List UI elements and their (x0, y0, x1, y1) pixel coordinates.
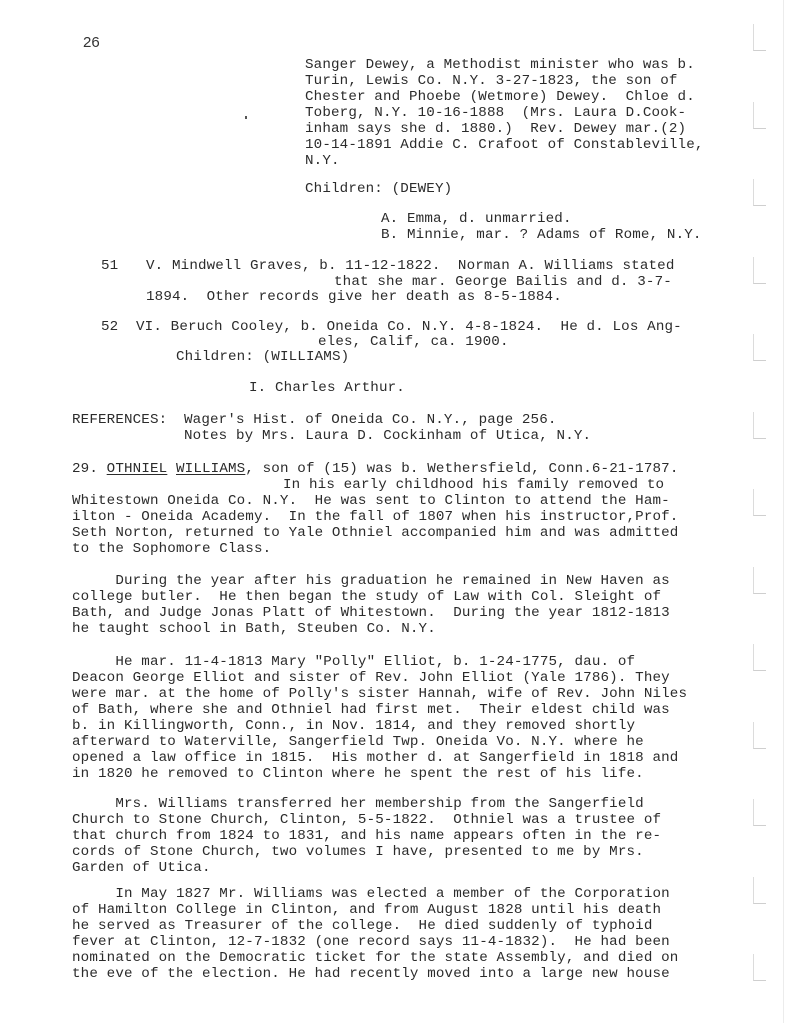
text-line: nominated on the Democratic ticket for t… (72, 951, 678, 966)
text-line: Seth Norton, returned to Yale Othniel ac… (72, 526, 678, 541)
document-page: 26 Sanger Dewey, a Methodist minister wh… (0, 0, 791, 1023)
margin-tick (753, 644, 766, 671)
children-heading: Children: (WILLIAMS) (176, 350, 349, 365)
margin-tick (753, 567, 766, 594)
margin-tick (753, 334, 766, 361)
text-line: Turin, Lewis Co. N.Y. 3-27-1823, the son… (305, 74, 678, 89)
text-line: were mar. at the home of Polly's sister … (72, 687, 687, 702)
entry-heading: 29. OTHNIEL WILLIAMS, son of (15) was b.… (72, 462, 679, 477)
entry-number: 51 (101, 259, 118, 274)
child-item: I. Charles Arthur. (249, 381, 405, 396)
margin-tick (753, 722, 766, 749)
text-line: the eve of the election. He had recently… (72, 967, 670, 982)
margin-tick (753, 179, 766, 206)
margin-tick (753, 412, 766, 439)
text-line: Deacon George Elliot and sister of Rev. … (72, 671, 670, 686)
text-line: he served as Treasurer of the college. H… (72, 919, 652, 934)
text-line: Garden of Utica. (72, 861, 211, 876)
text-line: N.Y. (305, 154, 340, 169)
entry-number: 52 (101, 320, 118, 335)
text-line: in 1820 he removed to Clinton where he s… (72, 767, 644, 782)
text-line: In May 1827 Mr. Williams was elected a m… (72, 887, 670, 902)
text-line: opened a law office in 1815. His mother … (72, 751, 678, 766)
entry-number: 29. (72, 461, 98, 477)
text-line: that church from 1824 to 1831, and his n… (72, 829, 661, 844)
margin-tick (753, 257, 766, 284)
text-line: Bath, and Judge Jonas Platt of Whitestow… (72, 606, 670, 621)
ink-speck (245, 116, 247, 119)
text-line: Toberg, N.Y. 10-16-1888 (Mrs. Laura D.Co… (305, 106, 686, 121)
text-line: In his early childhood his family remove… (283, 478, 664, 493)
text-line: eles, Calif, ca. 1900. (318, 335, 509, 350)
text-line: Sanger Dewey, a Methodist minister who w… (305, 58, 695, 73)
text-line: He mar. 11-4-1813 Mary "Polly" Elliot, b… (72, 655, 635, 670)
name-first: OTHNIEL (107, 461, 168, 477)
text-line: 1894. Other records give her death as 8-… (146, 290, 562, 305)
text-line: Church to Stone Church, Clinton, 5-5-182… (72, 813, 661, 828)
child-item: B. Minnie, mar. ? Adams of Rome, N.Y. (381, 228, 702, 243)
text-line: 10-14-1891 Addie C. Crafoot of Constable… (305, 138, 704, 153)
text-line: of Bath, where she and Othniel had first… (72, 703, 670, 718)
text-line: Mrs. Williams transferred her membership… (72, 797, 644, 812)
text-line: ilton - Oneida Academy. In the fall of 1… (72, 510, 678, 525)
references-label: REFERENCES: (72, 413, 167, 428)
text-line: fever at Clinton, 12-7-1832 (one record … (72, 935, 670, 950)
text-line: b. in Killingworth, Conn., in Nov. 1814,… (72, 719, 635, 734)
text-line: that she mar. George Bailis and d. 3-7- (334, 275, 672, 290)
text-line: VI. Beruch Cooley, b. Oneida Co. N.Y. 4-… (136, 320, 682, 335)
margin-tick (753, 24, 766, 51)
margin-tick (753, 954, 766, 981)
text-line: inham says she d. 1880.) Rev. Dewey mar.… (305, 122, 686, 137)
text-line: Whitestown Oneida Co. N.Y. He was sent t… (72, 494, 670, 509)
margin-tick (753, 799, 766, 826)
text-line: of Hamilton College in Clinton, and from… (72, 903, 661, 918)
child-item: A. Emma, d. unmarried. (381, 212, 572, 227)
paper-edge-line (783, 0, 784, 1023)
heading-rest: , son of (15) was b. Wethersfield, Conn.… (245, 461, 678, 477)
reference-item: Notes by Mrs. Laura D. Cockinham of Utic… (184, 429, 591, 444)
margin-tick (753, 102, 766, 129)
text-line: V. Mindwell Graves, b. 11-12-1822. Norma… (146, 259, 675, 274)
text-line: college butler. He then began the study … (72, 590, 661, 605)
margin-tick (753, 489, 766, 516)
reference-item: Wager's Hist. of Oneida Co. N.Y., page 2… (184, 413, 557, 428)
text-line: During the year after his graduation he … (72, 574, 670, 589)
name-last: WILLIAMS (176, 461, 245, 477)
children-heading: Children: (DEWEY) (305, 182, 452, 197)
text-line: to the Sophomore Class. (72, 542, 271, 557)
page-number: 26 (83, 34, 100, 51)
text-line: he taught school in Bath, Steuben Co. N.… (72, 622, 436, 637)
text-line: cords of Stone Church, two volumes I hav… (72, 845, 644, 860)
text-line: afterward to Waterville, Sangerfield Twp… (72, 735, 644, 750)
margin-tick (753, 877, 766, 904)
text-line: Chester and Phoebe (Wetmore) Dewey. Chlo… (305, 90, 695, 105)
